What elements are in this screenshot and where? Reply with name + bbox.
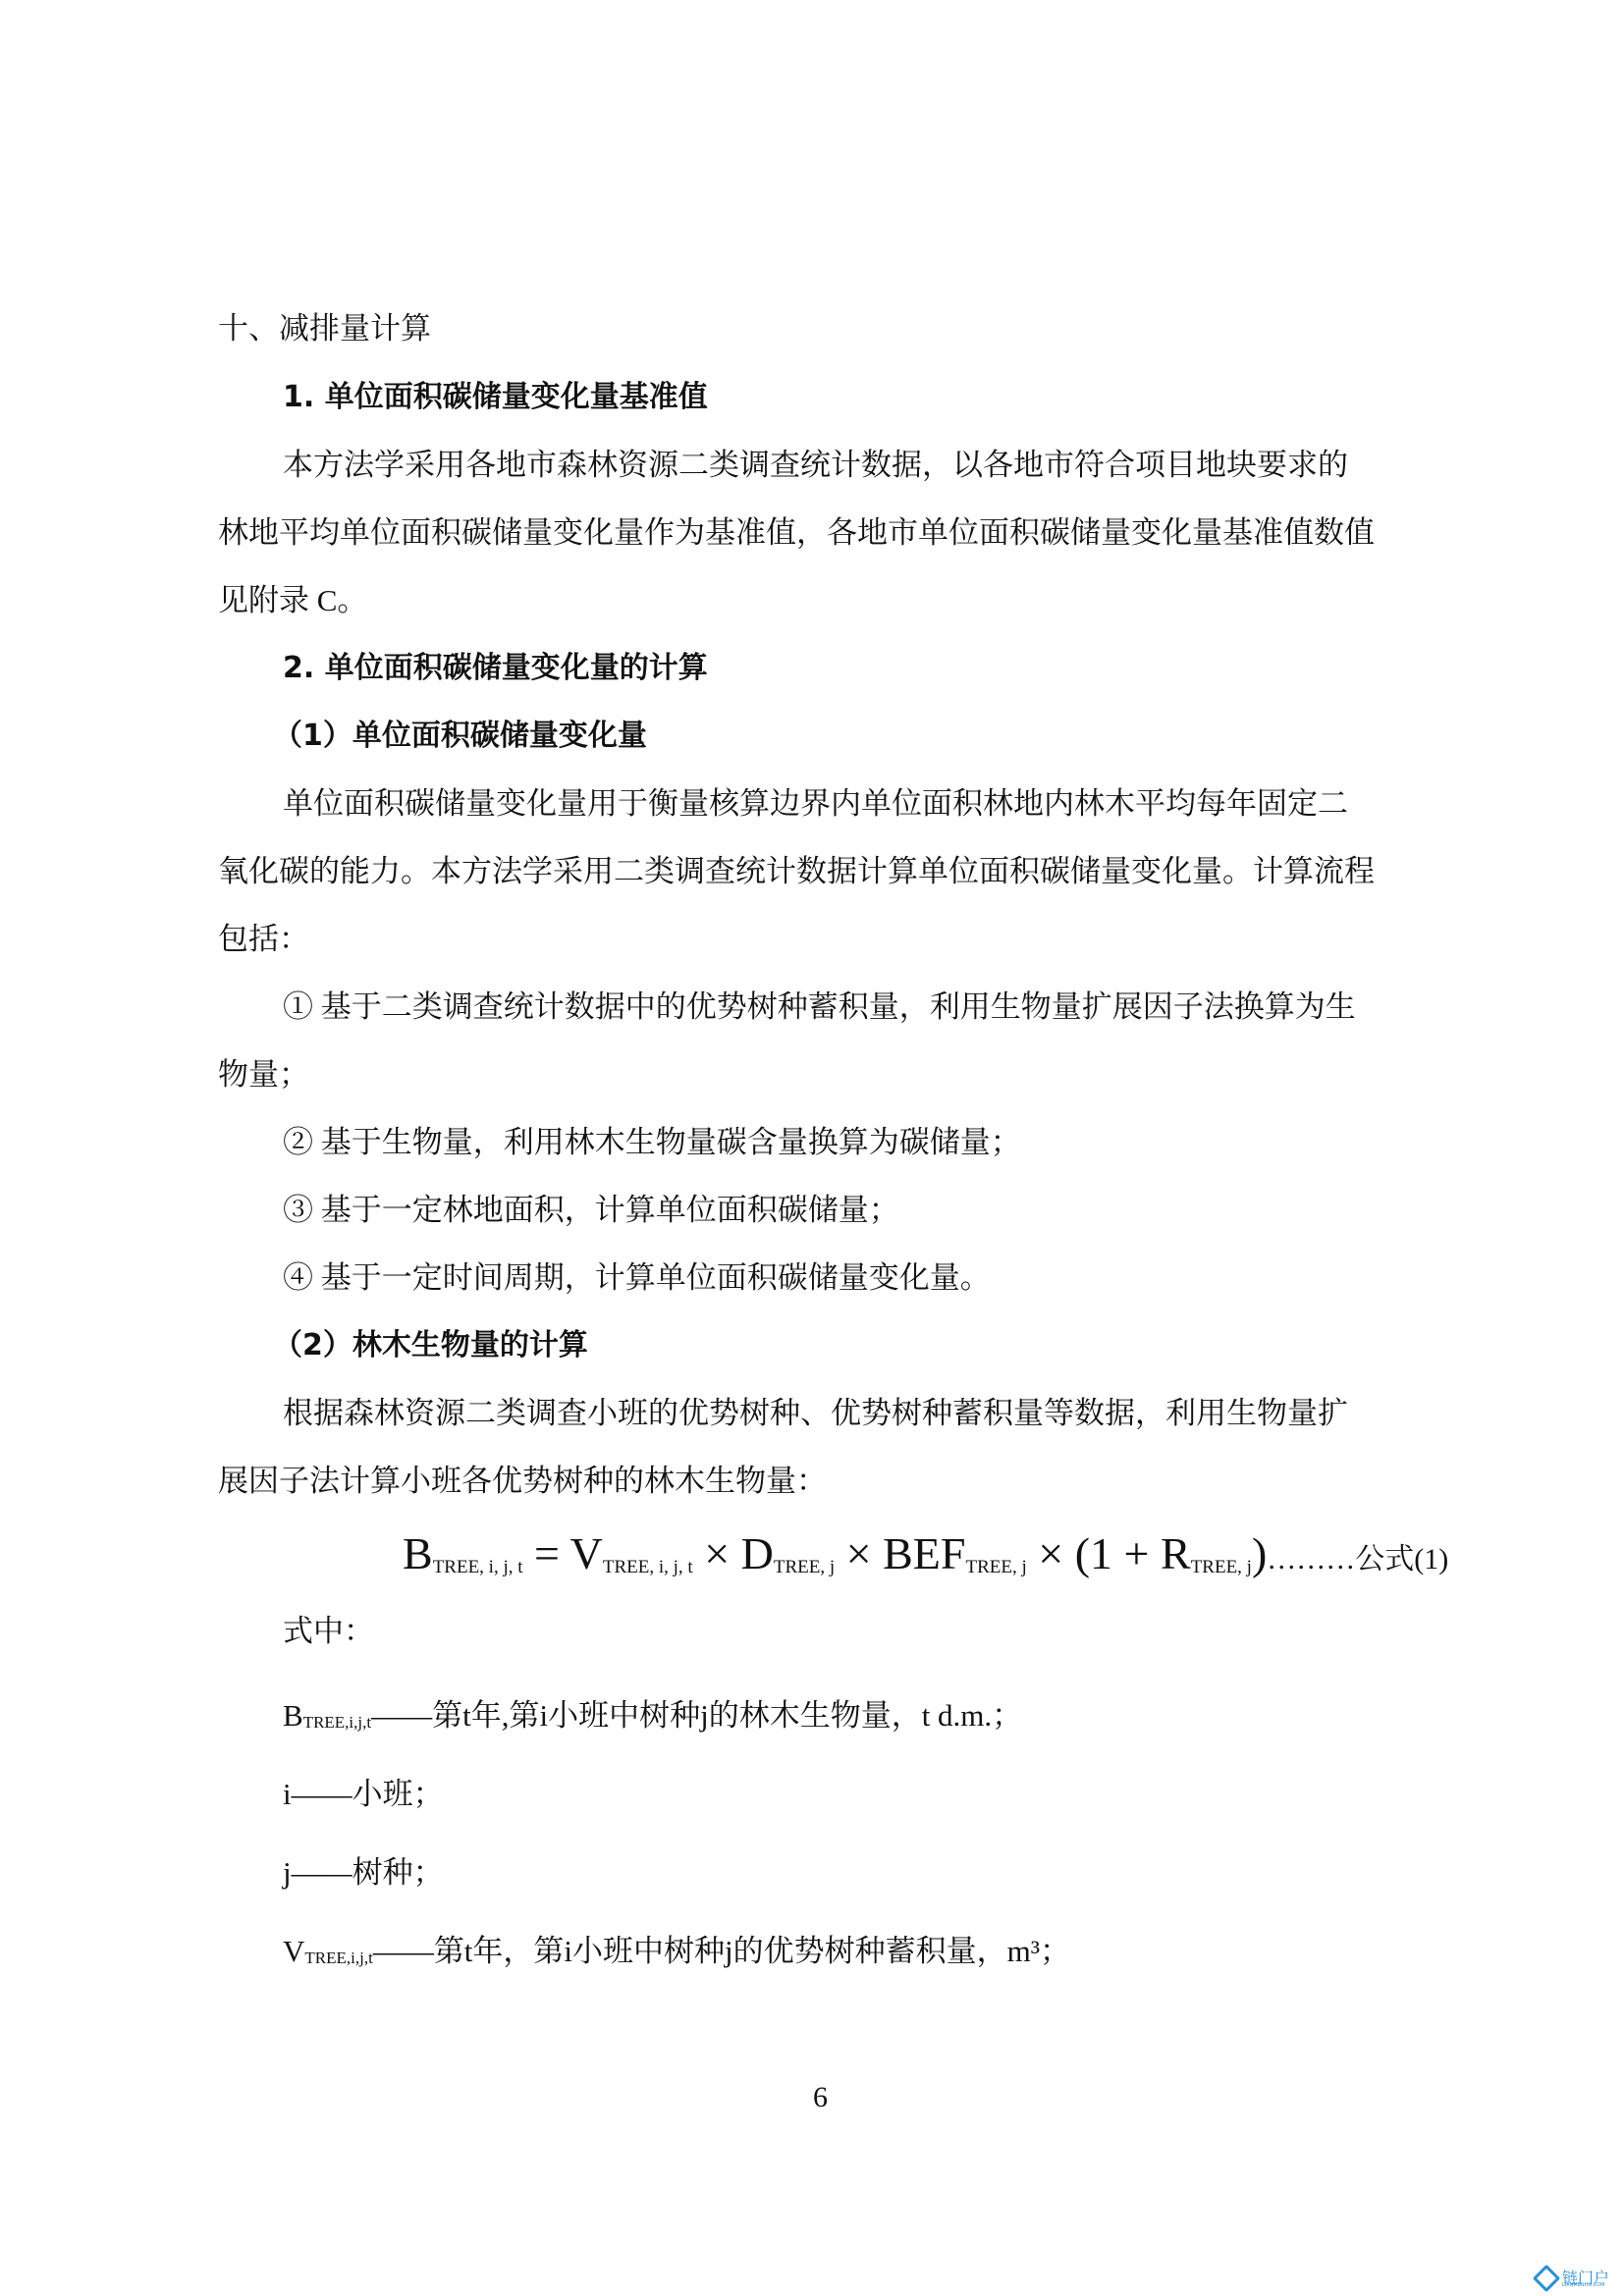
paragraph-line: 根据森林资源二类调查小班的优势树种、优势树种蓄积量等数据，利用生物量扩 — [283, 1394, 1348, 1433]
formula-operator: × — [693, 1528, 741, 1578]
watermark-logo: 链门户 LIANMENHU.COM — [1537, 2266, 1617, 2289]
definition-text: ——第t年,第i小班中树种j的林木生物量，t d.m.； — [371, 1698, 1022, 1733]
subheading-2-1: （1）单位面积碳储量变化量 — [273, 717, 647, 756]
paragraph-line: 林地平均单位面积碳储量变化量作为基准值，各地市单位面积碳储量变化量基准值数值 — [218, 513, 1375, 553]
step-line: ③ 基于一定林地面积，计算单位面积碳储量； — [283, 1191, 899, 1230]
paragraph-line: 见附录 C。 — [218, 581, 367, 620]
formula-symbol: B — [403, 1528, 433, 1578]
paragraph-line: 单位面积碳储量变化量用于衡量核算边界内单位面积林地内林木平均每年固定二 — [283, 784, 1348, 824]
definition-symbol: j — [283, 1855, 292, 1890]
formula-symbol: R — [1161, 1528, 1191, 1578]
formula-operator: = — [523, 1528, 570, 1578]
step-line: ② 基于生物量，利用林木生物量碳含量换算为碳储量； — [283, 1123, 1021, 1162]
formula-subscript: TREE, j — [1191, 1557, 1252, 1577]
definition-text: ——小班； — [292, 1777, 444, 1811]
formula-operator: × — [1027, 1528, 1075, 1578]
formula-subscript: TREE, j — [966, 1557, 1027, 1577]
definition-symbol: i — [283, 1777, 292, 1811]
logo-subtext: LIANMENHU.COM — [1562, 2282, 1604, 2288]
definition-subscript: TREE,i,j,t — [303, 1713, 371, 1732]
step-line: ① 基于二类调查统计数据中的优势树种蓄积量，利用生物量扩展因子法换算为生 — [283, 988, 1356, 1027]
formula-1: BTREE, i, j, t = VTREE, i, j, t × DTREE,… — [403, 1524, 1448, 1597]
subheading-2-2: （2）林木生物量的计算 — [273, 1326, 588, 1365]
logo-diamond-icon — [1533, 2265, 1560, 2292]
definition-symbol: B — [283, 1698, 303, 1733]
formula-subscript: TREE, i, j, t — [433, 1557, 523, 1577]
definition-row: VTREE,i,j,t——第t年，第i小班中树种j的优势树种蓄积量，m³； — [283, 1932, 1070, 1978]
formula-symbol: D — [741, 1528, 774, 1578]
step-line: 物量； — [218, 1055, 309, 1095]
paragraph-line: 包括： — [218, 920, 309, 959]
formula-label: ………公式(1) — [1267, 1543, 1448, 1575]
paragraph-line: 氧化碳的能力。本方法学采用二类调查统计数据计算单位面积碳储量变化量。计算流程 — [218, 852, 1375, 891]
definition-symbol: V — [283, 1934, 304, 1968]
formula-operator: × — [835, 1528, 883, 1578]
subheading-2: 2. 单位面积碳储量变化量的计算 — [283, 649, 708, 688]
definition-subscript: TREE,i,j,t — [304, 1949, 372, 1967]
subheading-1: 1. 单位面积碳储量变化量基准值 — [283, 378, 708, 417]
formula-operator: ) — [1252, 1528, 1267, 1578]
formula-operator: (1 + — [1075, 1528, 1161, 1578]
definition-row: j——树种； — [283, 1853, 444, 1893]
formula-subscript: TREE, i, j, t — [603, 1557, 693, 1577]
definition-row: i——小班； — [283, 1775, 444, 1814]
paragraph-line: 本方法学采用各地市森林资源二类调查统计数据，以各地市符合项目地块要求的 — [283, 446, 1348, 485]
where-label: 式中： — [283, 1612, 374, 1651]
formula-symbol: V — [570, 1528, 603, 1578]
step-line: ④ 基于一定时间周期，计算单位面积碳储量变化量。 — [283, 1258, 991, 1298]
definition-text: ——树种； — [292, 1855, 444, 1890]
page-number: 6 — [813, 2081, 828, 2114]
formula-symbol: BEF — [883, 1528, 965, 1578]
formula-subscript: TREE, j — [774, 1557, 835, 1577]
definition-text: ——第t年，第i小班中树种j的优势树种蓄积量，m³； — [373, 1934, 1070, 1968]
section-title: 十、减排量计算 — [218, 309, 431, 348]
definition-row: BTREE,i,j,t——第t年,第i小班中树种j的林木生物量，t d.m.； — [283, 1696, 1022, 1742]
paragraph-line: 展因子法计算小班各优势树种的林木生物量： — [218, 1462, 827, 1501]
